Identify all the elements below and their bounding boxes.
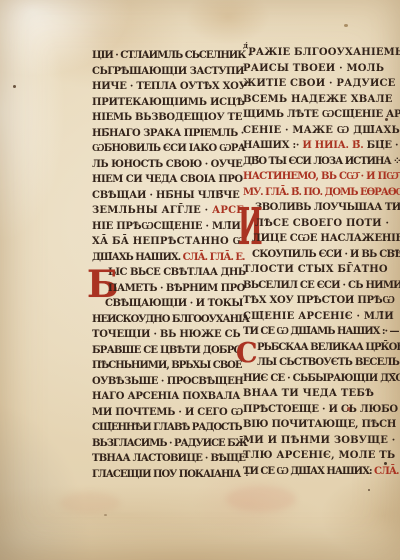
text-line: НБ̄НАГО ЗРАКА ПРІЕМЛЬ ·	[92, 126, 240, 142]
text-line: ТЛОСТИ СТЫХ БГ̄АТНО	[243, 262, 397, 278]
body-text: НИЄ СЕ · СЬБЫРАЮЩІИ ДХ̄О	[243, 373, 400, 384]
body-text: ЗЕМЛЬНЫ АГГ̄ЛЕ ·	[92, 205, 212, 216]
body-text: СВѢЩАИ · НБ̄НЫ ЧЛВ̄ЧЕ	[92, 190, 240, 201]
body-text: ѠБНОВИЛЬ ЄСИ ІАКО ѠРА	[92, 143, 245, 154]
text-line: НІЕ ПРѢѠСЩ̄ЕНІЕ · МЛ̄И	[92, 219, 240, 235]
column-right: д́РАЖІЕ БЛГООУХАНІЕМЬРАИСЫ ТВОЕИ · МОЛЬЖ…	[243, 45, 397, 479]
body-text: ЦІИ · СТЛАИМЛЬ СЬСЕЛНИК ·	[92, 50, 250, 61]
body-text: ОУВѢЗЬШЕ · ПРОСВѢЩЕН	[92, 376, 243, 387]
text-line: д́РАЖІЕ БЛГООУХАНІЕМЬ	[243, 45, 397, 61]
body-text: ТѢХ ХОУ ПРѢСТОИ ПРѢѠ	[243, 295, 395, 306]
text-line: СЩ̄ЕНІЕ АРСЕНІЄ · МЛ̄И	[243, 309, 397, 325]
text-line: МИ ПОЧТЕМЬ · И СЕГО Ѡ	[92, 405, 240, 421]
text-line: СРЬБСКАА ВЕЛИКАА ЦРК̄ОВ ·	[243, 340, 397, 356]
text-line: ЛИЦЕ СѠЕ НАСЛАЖЕНІЕ	[243, 231, 397, 247]
body-text: СВѢЩАЮЩІИ · И ТОКЫ	[105, 298, 243, 309]
body-text: РЬБСКАА ВЕЛИКАА ЦРК̄ОВ ·	[257, 342, 400, 353]
text-line: СЬГРѢШАЮЩІИ ЗАСТУПИ	[92, 64, 240, 80]
text-line: ТѢХ ХОУ ПРѢСТОИ ПРѢѠ	[243, 293, 397, 309]
body-text: НБ̄НАГО ЗРАКА ПРІЕМЛЬ ·	[92, 128, 244, 139]
text-line: МУ. ГЛА̄. В̄. ПО. ДОМЬ ЕѲРАѲѠ :·	[243, 185, 397, 201]
body-text: ЫС ВЬСЕ СВѢТЛАА ДНЬ	[108, 267, 246, 278]
text-line: МИ И ПѢНМИ ЗОВУЩЕ ·	[243, 433, 397, 449]
body-text: МИ ПОЧТЕМЬ · И СЕГО Ѡ	[92, 407, 243, 418]
parchment-stain	[60, 492, 120, 514]
body-text: ЗВОЛИВЬ ЛОУЧЬШАА ТИ	[255, 202, 400, 213]
text-line: ЛЫ СЬСТВОУЄТЬ ВЕСЕЛЬ	[243, 355, 397, 371]
text-line: ВСЕМЬ НАДЕЖЕ ХВАЛЕ	[243, 92, 397, 108]
text-line: ПАМЕТЬ · ВѢРНИМ ПРО	[92, 281, 240, 297]
body-text: ЛѢСЕ СВОЕГО ПОТИ ·	[255, 218, 389, 229]
ink-speck	[368, 489, 370, 491]
body-text: ВІЮ ПОЧИТАЮЩЕ, ПѢСН	[243, 419, 396, 430]
body-text: ТИ СЕ Ѡ ДШ̄АМЬ НАШИХ :· —	[243, 326, 399, 337]
text-line: ТОЧЕЩІИ · ВЬ НЮЖЕ СЬ	[92, 327, 240, 343]
body-text: ДВ̄О ТЫ ЄСИ ЛОЗА ИСТИНА ⁘	[243, 156, 400, 167]
text-line: ЛѢСЕ СВОЕГО ПОТИ ·	[243, 216, 397, 232]
rubric-text: СЛА̄. ГА̄. Н.	[374, 466, 400, 477]
text-line: НЕИСКОУДНО БЛГООУХАНІА	[92, 312, 240, 328]
text-line: СЕНІЕ · МАЖЕ Ѡ ДШ̄АХЬ	[243, 123, 397, 139]
body-text: РАИСЫ ТВОЕИ · МОЛЬ	[243, 63, 384, 74]
manuscript-page: ЦІИ · СТЛАИМЛЬ СЬСЕЛНИК ·СЬГРѢШАЮЩІИ ЗАС…	[0, 0, 400, 560]
body-text: ВНАА ТИ ЧЕДА ТЕБѢ	[243, 388, 374, 399]
body-text: БРАВШЕ СЕ ЦВѢТИ ДОБРО	[92, 345, 241, 356]
ink-speck	[104, 514, 107, 516]
body-text: ЖИТІЕ СВОИ · РАДУИСЕ	[243, 78, 396, 89]
text-line: НИЄ СЕ · СЬБЫРАЮЩІИ ДХ̄О	[243, 371, 397, 387]
text-line: ТВНАА ЛАСТОВИЦЕ · ВѢЩЕ	[92, 451, 240, 467]
body-text: СЩ̄ЕНІЕ АРСЕНІЄ · МЛ̄И	[243, 311, 394, 322]
body-text: ВСЕМЬ НАДЕЖЕ ХВАЛЕ	[243, 94, 393, 105]
body-text: ЩИМЬ ЛѢТЕ ѠСЩ̄ЕНІЕ АР	[243, 109, 400, 120]
body-text: ГЛАСЕЩІИ ПОУ ПОКАІАНІА ⁘	[92, 469, 250, 480]
body-text: ПАМЕТЬ · ВѢРНИМ ПРО	[108, 283, 245, 294]
body-text: ТВНАА ЛАСТОВИЦЕ · ВѢЩЕ	[92, 453, 245, 464]
text-line: ПРѢСТОЕЩЕ · И СЬ ЛЮБО	[243, 402, 397, 418]
body-text: ТОЧЕЩІИ · ВЬ НЮЖЕ СЬ	[92, 329, 240, 340]
body-text: ХА̄ БА̄ НЕПРѢСТАННО Ѡ	[92, 236, 245, 247]
text-line: НАШИХ :· И НИІА. В̄. БЦ̄Е ·	[243, 138, 397, 154]
text-line: ПРИТЕКАЮЩІИМЬ ИСЦѢ	[92, 95, 240, 111]
body-text: НІЕ ПРѢѠСЩ̄ЕНІЕ · МЛ̄И	[92, 221, 241, 232]
text-line: ГЛАСЕЩІИ ПОУ ПОКАІАНІА ⁘	[92, 467, 240, 483]
text-line: НАГО АРСЕНІА ПОХВАЛА	[92, 389, 240, 405]
body-text: СЩ̄ЕННѢИ ГЛАВѢ РАДОСТЬ	[92, 422, 242, 433]
body-text: ВЬСЕЛИЛ СЕ ЄСИ · СЬ НИМИ	[243, 280, 400, 291]
body-text: д́	[243, 41, 248, 50]
text-line: ДВ̄О ТЫ ЄСИ ЛОЗА ИСТИНА ⁘	[243, 154, 397, 170]
text-line: СВѢЩАИ · НБ̄НЫ ЧЛВ̄ЧЕ	[92, 188, 240, 204]
text-line: ВІЮ ПОЧИТАЮЩЕ, ПѢСН	[243, 417, 397, 433]
text-line: ѠБНОВИЛЬ ЄСИ ІАКО ѠРА	[92, 141, 240, 157]
text-line: ЗЕМЛЬНЫ АГГ̄ЛЕ · АРСЕ	[92, 203, 240, 219]
text-line: ЖИТІЕ СВОИ · РАДУИСЕ	[243, 76, 397, 92]
body-text: МИ И ПѢНМИ ЗОВУЩЕ ·	[243, 435, 395, 446]
ink-speck	[13, 85, 16, 88]
body-text: ПРѢСТОЕЩЕ · И СЬ ЛЮБО	[243, 404, 398, 415]
rubric-text: МУ. ГЛА̄. В̄. ПО. ДОМЬ ЕѲРАѲѠ :·	[243, 187, 400, 198]
body-text: НІЕМ СИ ЧЕДА СВОІА ПРО	[92, 174, 243, 185]
text-line: ОУВѢЗЬШЕ · ПРОСВѢЩЕН	[92, 374, 240, 390]
text-line: БРАВШЕ СЕ ЦВѢТИ ДОБРО	[92, 343, 240, 359]
body-text: ЛИЦЕ СѠЕ НАСЛАЖЕНІЕ	[252, 233, 400, 244]
text-line: ИЗВОЛИВЬ ЛОУЧЬШАА ТИ	[243, 200, 397, 216]
text-line: ЦІИ · СТЛАИМЛЬ СЬСЕЛНИК ·	[92, 48, 240, 64]
body-text: ПРИТЕКАЮЩІИМЬ ИСЦѢ	[92, 97, 245, 108]
body-text: ЛЫ СЬСТВОУЄТЬ ВЕСЕЛЬ	[257, 357, 399, 368]
body-text: СЕНІЕ · МАЖЕ Ѡ ДШ̄АХЬ	[243, 125, 400, 136]
text-line: ТИ СЕ Ѡ ДШ̄АХ НАШИХ: СЛА̄. ГА̄. Н.	[243, 464, 397, 480]
body-text: ЛЬ ЮНОСТЬ СВОЮ · ОУЧЕ	[92, 159, 242, 170]
rubric-text: СЛА̄. ГЛА̄. Е.	[183, 252, 245, 263]
ink-speck	[344, 24, 348, 27]
body-text: РАЖІЕ БЛГООУХАНІЕМЬ	[248, 47, 400, 58]
rubric-text: И НИІА. В̄.	[302, 140, 366, 151]
text-line: ТИ СЕ Ѡ ДШ̄АМЬ НАШИХ :· —	[243, 324, 397, 340]
text-line: СВѢЩАЮЩІИ · И ТОКЫ	[92, 296, 240, 312]
text-line: СЩ̄ЕННѢИ ГЛАВѢ РАДОСТЬ	[92, 420, 240, 436]
body-text: НИЧЕ · ТЕПЛА ОУТѢХ ХОУ	[92, 81, 246, 92]
text-line: НИЧЕ · ТЕПЛА ОУТѢХ ХОУ	[92, 79, 240, 95]
text-line: БЫС ВЬСЕ СВѢТЛАА ДНЬ	[92, 265, 240, 281]
text-line: РАИСЫ ТВОЕИ · МОЛЬ	[243, 61, 397, 77]
body-text: СЬГРѢШАЮЩІИ ЗАСТУПИ	[92, 66, 244, 77]
rubric-text: НАСТИНЕМО, ВЬ СѠ̄ · И ПѠ̄	[243, 171, 398, 182]
text-line: ТЛЮ АРСЕНІЄ, МОЛЕ ТЬ	[243, 448, 397, 464]
text-line: НАСТИНЕМО, ВЬ СѠ̄ · И ПѠ̄	[243, 169, 397, 185]
body-text: ПѢСНЬНИМИ, ВРЬХЫ СВОЕ	[92, 360, 242, 371]
body-text: ВЬЗГЛАСИМЬ · РАДУИСЕ БЖ̄	[92, 438, 247, 449]
text-line: ЛЬ ЮНОСТЬ СВОЮ · ОУЧЕ	[92, 157, 240, 173]
body-text: НЕИСКОУДНО БЛГООУХАНІА	[92, 314, 249, 325]
text-line: ВНАА ТИ ЧЕДА ТЕБѢ	[243, 386, 397, 402]
text-line: НІЕМ СИ ЧЕДА СВОІА ПРО	[92, 172, 240, 188]
body-text: ТЛЮ АРСЕНІЄ, МОЛЕ ТЬ	[243, 450, 395, 461]
text-line: ВЬСЕЛИЛ СЕ ЄСИ · СЬ НИМИ	[243, 278, 397, 294]
text-line: СКОУПИЛЬ ЄСИ · И ВЬ СВѢ	[243, 247, 397, 263]
body-text: ТИ СЕ Ѡ ДШ̄АХ НАШИХ:	[243, 466, 374, 477]
body-text: НАГО АРСЕНІА ПОХВАЛА	[92, 391, 240, 402]
text-line: НІЕМЬ ВЬЗВОДЕЩІОУ ТЕ	[92, 110, 240, 126]
text-line: ЩИМЬ ЛѢТЕ ѠСЩ̄ЕНІЕ АР	[243, 107, 397, 123]
body-text: СКОУПИЛЬ ЄСИ · И ВЬ СВѢ	[252, 249, 400, 260]
body-text: НІЕМЬ ВЬЗВОДЕЩІОУ ТЕ	[92, 112, 242, 123]
body-text: ДШ̄АХЬ НАШИХ.	[92, 252, 183, 263]
parchment-stain	[226, 486, 296, 512]
column-left: ЦІИ · СТЛАИМЛЬ СЬСЕЛНИК ·СЬГРѢШАЮЩІИ ЗАС…	[92, 48, 240, 482]
text-line: ВЬЗГЛАСИМЬ · РАДУИСЕ БЖ̄	[92, 436, 240, 452]
body-text: БЦ̄Е ·	[367, 140, 399, 151]
text-line: ХА̄ БА̄ НЕПРѢСТАННО Ѡ	[92, 234, 240, 250]
body-text: НАШИХ :·	[243, 140, 302, 151]
body-text: ТЛОСТИ СТЫХ БГ̄АТНО	[243, 264, 388, 275]
text-line: ПѢСНЬНИМИ, ВРЬХЫ СВОЕ	[92, 358, 240, 374]
